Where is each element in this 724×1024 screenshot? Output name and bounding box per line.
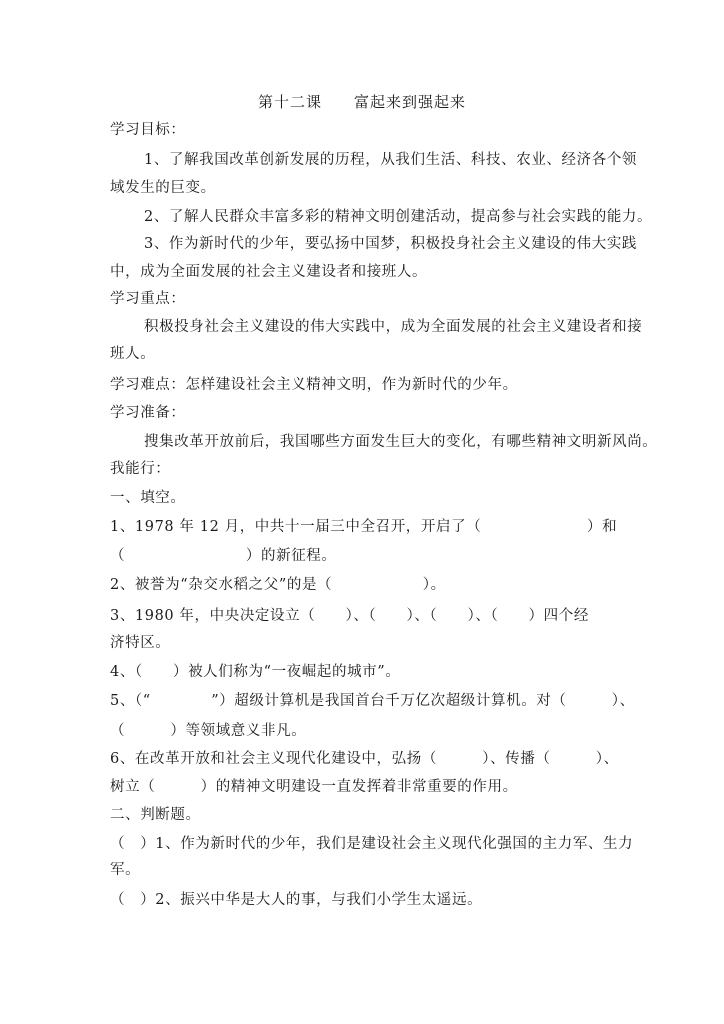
objective-1-line-2: 域发生的巨变。 — [110, 179, 620, 197]
worksheet-page: 第十二课 富起来到强起来 学习目标： 1、了解我国改革创新发展的历程，从我们生活… — [0, 0, 724, 1024]
fill-q1-line-1: 1、1978 年 12 月，中共十一届三中全召开，开启了（ ）和 — [110, 518, 620, 536]
objective-1-line-1: 1、了解我国改革创新发展的历程，从我们生活、科技、农业、经济各个领 — [144, 151, 654, 169]
fill-q4: 4、（ ）被人们称为“一夜崛起的城市”。 — [110, 663, 620, 681]
section1-heading: 一、填空。 — [110, 489, 620, 507]
judge-q1-line-2: 军。 — [110, 861, 620, 879]
section2-heading: 二、判断题。 — [110, 806, 620, 824]
objective-3-line-1: 3、作为新时代的少年，要弘扬中国梦，积极投身社会主义建设的伟大实践 — [144, 235, 654, 253]
fill-q2: 2、被誉为“杂交水稻之父”的是（ ）。 — [110, 576, 620, 594]
key-points-line-2: 班人。 — [110, 345, 620, 363]
preparation-heading: 学习准备： — [110, 404, 620, 422]
fill-q3-line-1: 3、1980 年，中央决定设立（ ）、（ ）、（ ）、（ ）四个经 — [110, 607, 620, 625]
fill-q3-line-2: 济特区。 — [110, 634, 620, 652]
lesson-title: 第十二课 富起来到强起来 — [0, 93, 724, 111]
fill-q6-line-2: 树立（ ）的精神文明建设一直发挥着非常重要的作用。 — [110, 778, 620, 796]
fill-q6-line-1: 6、在改革开放和社会主义现代化建设中，弘扬（ ）、传播（ ）、 — [110, 750, 620, 768]
objective-3-line-2: 中，成为全面发展的社会主义建设者和接班人。 — [110, 263, 620, 281]
fill-q5-line-1: 5、（“ ”）超级计算机是我国首台千万亿次超级计算机。对（ ）、 — [110, 692, 620, 710]
fill-q5-line-2: （ ）等领域意义非凡。 — [110, 722, 620, 740]
fill-q1-line-2: （ ）的新征程。 — [110, 547, 620, 565]
judge-q2: （ ）2、振兴中华是大人的事，与我们小学生太遥远。 — [110, 891, 620, 909]
key-points-heading: 学习重点： — [110, 290, 620, 308]
key-points-line-1: 积极投身社会主义建设的伟大实践中，成为全面发展的社会主义建设者和接 — [144, 318, 654, 336]
preparation-line: 搜集改革开放前后，我国哪些方面发生巨大的变化，有哪些精神文明新风尚。 — [144, 433, 654, 451]
judge-q1-line-1: （ ）1、作为新时代的少年，我们是建设社会主义现代化强国的主力军、生力 — [110, 835, 620, 853]
difficulty-line: 学习难点：怎样建设社会主义精神文明，作为新时代的少年。 — [110, 376, 620, 394]
objectives-heading: 学习目标： — [110, 121, 620, 139]
objective-2: 2、了解人民群众丰富多彩的精神文明创建活动，提高参与社会实践的能力。 — [144, 208, 654, 226]
i-can-heading: 我能行： — [110, 460, 620, 478]
